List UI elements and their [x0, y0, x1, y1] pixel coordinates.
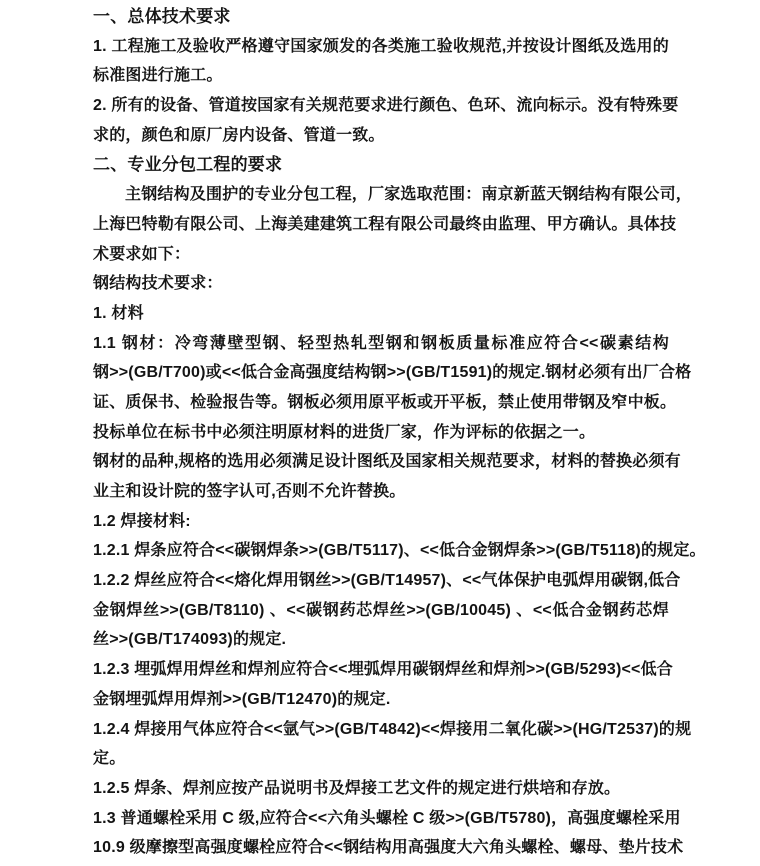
text-line: 金钢埋弧焊用焊剂>>(GB/T12470)的规定.	[93, 685, 669, 715]
text-line: 1.2.5 焊条、焊剂应按产品说明书及焊接工艺文件的规定进行烘培和存放。	[93, 774, 669, 804]
text-line: 10.9 级摩擦型高强度螺栓应符合<<钢结构用高强度大六角头螺栓、螺母、垫片技术	[93, 833, 669, 863]
text-line: 上海巴特勒有限公司、上海美建建筑工程有限公司最终由监理、甲方确认。具体技	[93, 210, 669, 240]
text-line: 证、质保书、检验报告等。钢板必须用原平板或开平板，禁止使用带钢及窄中板。	[93, 388, 669, 418]
text-line: 1. 工程施工及验收严格遵守国家颁发的各类施工验收规范,并按设计图纸及选用的	[93, 32, 669, 62]
text-line: 标准图进行施工。	[93, 61, 669, 91]
text-line: 业主和设计院的签字认可,否则不允许替换。	[93, 477, 669, 507]
text-line: 1.2 焊接材料:	[93, 507, 669, 537]
text-line: 术要求如下：	[93, 240, 669, 270]
text-line: 1.2.3 埋弧焊用焊丝和焊剂应符合<<埋弧焊用碳钢焊丝和焊剂>>(GB/529…	[93, 655, 669, 685]
text-line: 金钢焊丝>>(GB/T8110) 、<<碳钢药芯焊丝>>(GB/10045) 、…	[93, 596, 669, 626]
text-line: 定。	[93, 744, 669, 774]
text-line: 钢材的品种,规格的选用必须满足设计图纸及国家相关规范要求，材料的替换必须有	[93, 447, 669, 477]
text-line: 1.2.1 焊条应符合<<碳钢焊条>>(GB/T5117)、<<低合金钢焊条>>…	[93, 536, 669, 566]
text-line: 求的，颜色和原厂房内设备、管道一致。	[93, 121, 669, 151]
text-block: 一、总体技术要求1. 工程施工及验收严格遵守国家颁发的各类施工验收规范,并按设计…	[93, 2, 669, 863]
text-line: 1. 材料	[93, 299, 669, 329]
text-line: 2. 所有的设备、管道按国家有关规范要求进行颜色、色环、流向标示。没有特殊要	[93, 91, 669, 121]
text-line: 1.2.4 焊接用气体应符合<<氩气>>(GB/T4842)<<焊接用二氧化碳>…	[93, 715, 669, 745]
text-line: 投标单位在标书中必须注明原材料的进货厂家，作为评标的依据之一。	[93, 418, 669, 448]
text-line: 钢结构技术要求：	[93, 269, 669, 299]
document-page: 一、总体技术要求1. 工程施工及验收严格遵守国家颁发的各类施工验收规范,并按设计…	[0, 0, 760, 866]
text-line: 1.3 普通螺栓采用 C 级,应符合<<六角头螺栓 C 级>>(GB/T5780…	[93, 804, 669, 834]
text-line: 1.1 钢材：冷弯薄壁型钢、轻型热轧型钢和钢板质量标准应符合<<碳素结构	[93, 329, 669, 359]
text-line: 主钢结构及围护的专业分包工程，厂家选取范围：南京新蓝天钢结构有限公司，	[93, 180, 669, 210]
text-line: 钢>>(GB/T700)或<<低合金高强度结构钢>>(GB/T1591)的规定.…	[93, 358, 669, 388]
text-line: 丝>>(GB/T174093)的规定.	[93, 625, 669, 655]
text-line: 1.2.2 焊丝应符合<<熔化焊用钢丝>>(GB/T14957)、<<气体保护电…	[93, 566, 669, 596]
section-heading: 一、总体技术要求	[93, 2, 669, 32]
section-heading: 二、专业分包工程的要求	[93, 150, 669, 180]
